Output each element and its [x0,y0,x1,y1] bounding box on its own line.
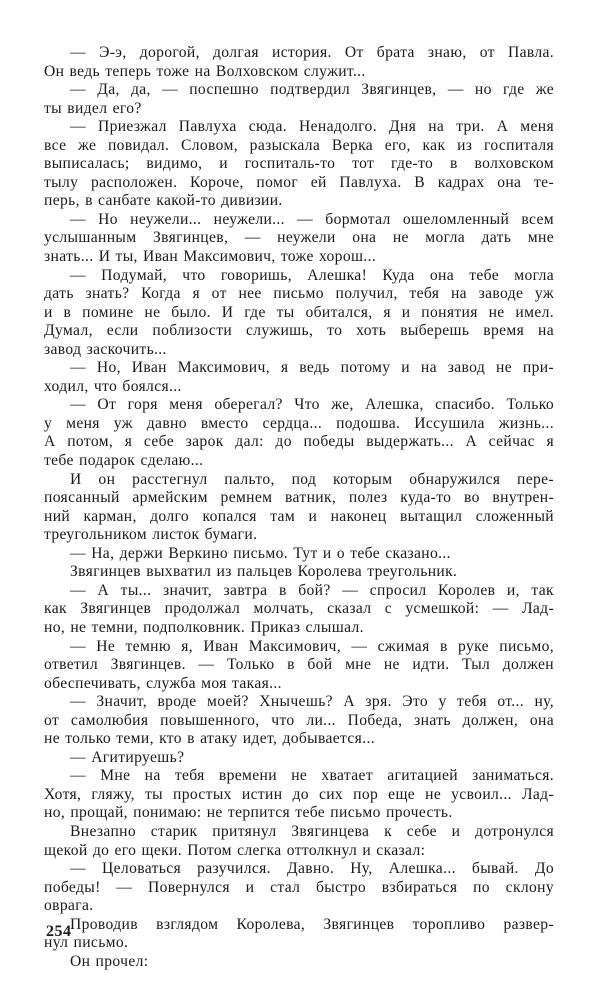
text-line: но, прощай, понимаю: не терпится тебе пи… [44,804,554,823]
book-page-text: — Э-э, дорогой, долгая история. От брата… [44,44,554,971]
text-line: Он ведь теперь тоже на Волховском служит… [44,63,554,82]
text-line: оврага. [44,897,554,916]
text-line: услышанным Звягинцев, — неужели она не м… [44,229,554,248]
text-line: перь, в санбате какой-то дивизии. [44,192,554,211]
text-line: — Мне на тебя времени не хватает агитаци… [44,767,554,786]
text-line: — Не темню я, Иван Максимович, — сжимая … [44,638,554,657]
text-line: ответил Звягинцев. — Только в бой мне не… [44,656,554,675]
text-line: дать знать? Когда я от нее письмо получи… [44,285,554,304]
text-line: — Агитируешь? [44,749,554,768]
text-line: щекой до его щеки. Потом слегка оттолкну… [44,842,554,861]
text-line: — От горя меня оберегал? Что же, Алешка,… [44,396,554,415]
text-line: знать... И ты, Иван Максимович, тоже хор… [44,248,554,267]
text-line: нул письмо. [44,934,554,953]
text-line: как Звягинцев продолжал молчать, сказал … [44,600,554,619]
text-line: ходил, что боялся... [44,378,554,397]
text-line: обеспечивать, служба моя такая... [44,675,554,694]
text-line: — Приезжал Павлуха сюда. Ненадолго. Дня … [44,118,554,137]
text-line: не только теми, кто в атаку идет, добыва… [44,730,554,749]
text-line: завод заскочить... [44,341,554,360]
text-line: у меня уж давно вместо сердца... подошва… [44,415,554,434]
text-line: — Подумай, что говоришь, Алешка! Куда он… [44,267,554,286]
text-line: выписалась; видимо, и госпиталь-то тот г… [44,155,554,174]
text-line: ты видел его? [44,100,554,119]
text-line: И он расстегнул пальто, под которым обна… [44,471,554,490]
text-line: — На, держи Веркино письмо. Тут и о тебе… [44,545,554,564]
text-line: — Но неужели... неужели... — бормотал ош… [44,211,554,230]
text-line: тылу расположен. Короче, помог ей Павлух… [44,174,554,193]
text-line: треугольником листок бумаги. [44,526,554,545]
text-line: от самолюбия повышенного, что ли... Побе… [44,712,554,731]
text-line: победы! — Повернулся и стал быстро взбир… [44,879,554,898]
text-line: Он прочел: [44,953,554,972]
text-line: все же повидал. Словом, разыскала Верка … [44,137,554,156]
text-line: и в помине не было. И где ты обитался, я… [44,304,554,323]
text-line: — Но, Иван Максимович, я ведь потому и н… [44,359,554,378]
text-line: — Да, да, — поспешно подтвердил Звягинце… [44,81,554,100]
text-line: — Значит, вроде моей? Хнычешь? А зря. Эт… [44,693,554,712]
text-line: Думал, если поблизости служишь, то хоть … [44,322,554,341]
page-number: 254 [46,923,72,941]
text-line: тебе подарок сделаю... [44,452,554,471]
text-line: Внезапно старик притянул Звягинцева к се… [44,823,554,842]
text-line: — Э-э, дорогой, долгая история. От брата… [44,44,554,63]
text-line: А потом, я себе зарок дал: до победы выд… [44,433,554,452]
text-line: поясанный армейским ремнем ватник, полез… [44,489,554,508]
text-line: — Целоваться разучился. Давно. Ну, Алешк… [44,860,554,879]
text-line: но, не темни, подполковник. Приказ слыша… [44,619,554,638]
text-line: — А ты... значит, завтра в бой? — спроси… [44,582,554,601]
text-line: Звягинцев выхватил из пальцев Королева т… [44,563,554,582]
text-line: Проводив взглядом Королева, Звягинцев то… [44,916,554,935]
text-line: Хотя, гляжу, ты простых истин до сих пор… [44,786,554,805]
text-line: ний карман, долго копался там и наконец … [44,508,554,527]
